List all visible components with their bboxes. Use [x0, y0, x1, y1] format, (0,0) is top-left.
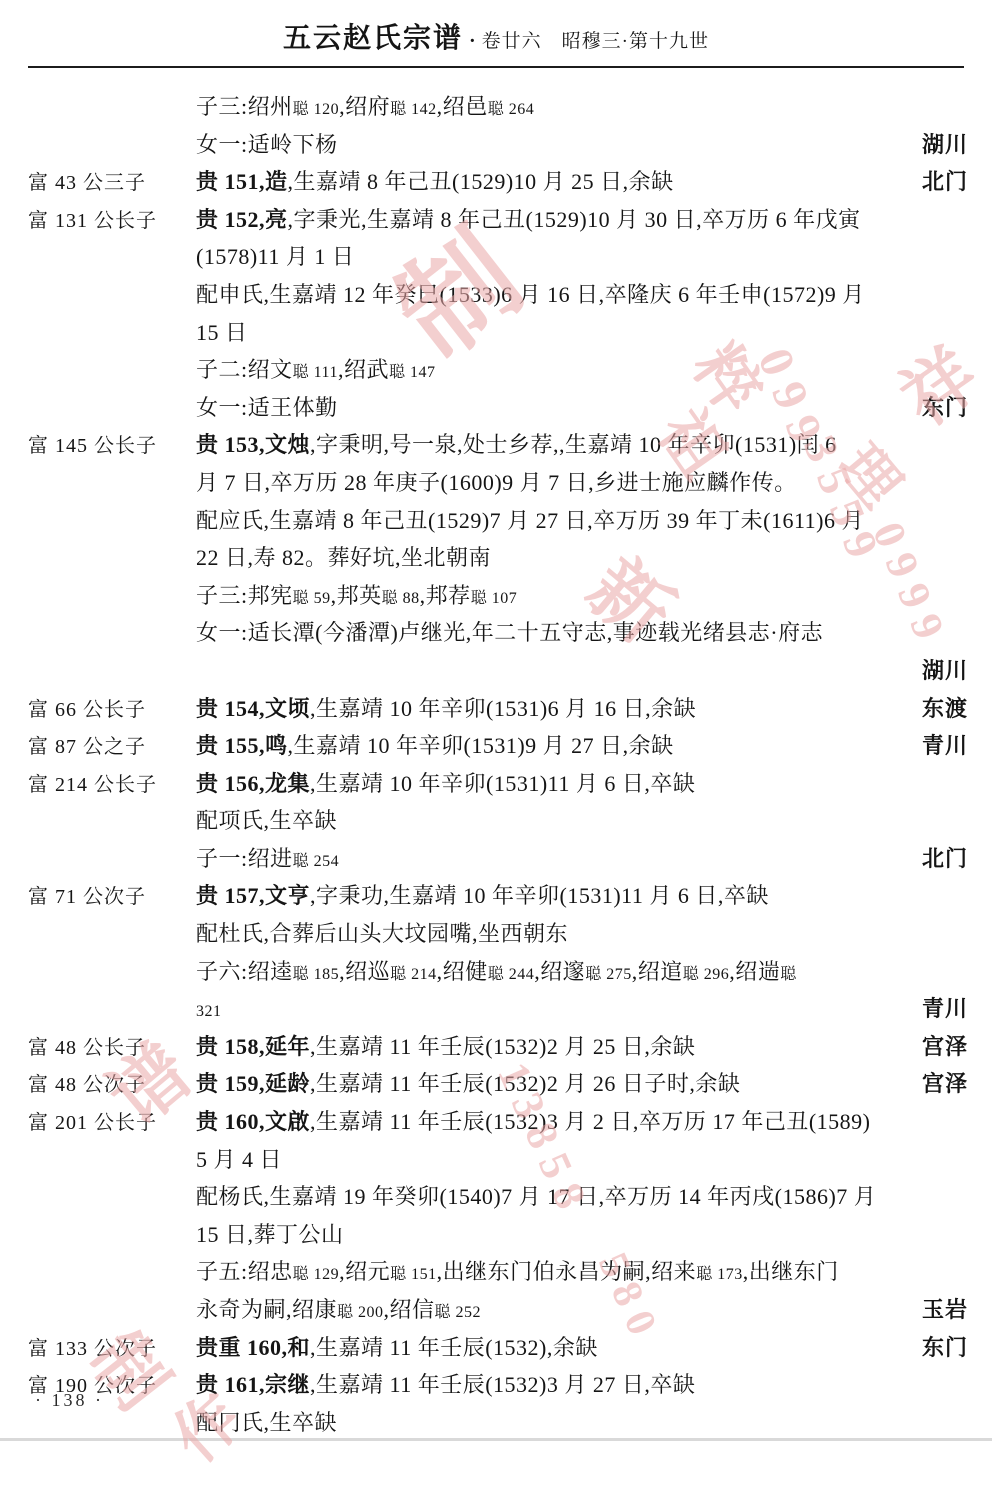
table-row: 22 日,寿 82。葬好坑,坐北朝南	[0, 539, 968, 577]
page-header: 五云赵氏宗谱·卷廿六 昭穆三·第十九世	[0, 0, 992, 56]
row-entry-text: 子六:绍逵聪 185,绍巡聪 214,绍健聪 244,绍邃聪 275,绍逭聪 2…	[196, 953, 960, 994]
table-row: 富 71 公次子贵 157,文亨,字秉功,生嘉靖 10 年辛卯(1531)11 …	[0, 877, 968, 915]
entry-segment: 配申氏,生嘉靖 12 年癸巳(1533)6 月 16 日,卒隆庆 6 年壬申(1…	[196, 282, 865, 307]
table-row: 富 43 公三子贵 151,造,生嘉靖 8 年己丑(1529)10 月 25 日…	[0, 163, 968, 201]
entry-segment: (1578)11 月 1 日	[196, 244, 354, 269]
row-entry-text: 贵 159,延龄,生嘉靖 11 年壬辰(1532)2 月 26 日子时,余缺	[196, 1065, 914, 1103]
entry-segment: 贵 161,宗继	[196, 1372, 310, 1397]
table-row: 月 7 日,卒万历 28 年庚子(1600)9 月 7 日,乡进士施应麟作传。	[0, 464, 968, 502]
entry-segment: ,邦英	[331, 583, 382, 608]
table-row: 15 日,葬丁公山	[0, 1216, 968, 1254]
entry-segment: 15 日	[196, 320, 248, 345]
row-entry-text: 女一:适长潭(今潘潭)卢继光,年二十五守志,事迹载光绪县志·府志	[196, 614, 960, 652]
page-number: · 138 ·	[35, 1390, 104, 1411]
row-branch-label: 北门	[914, 840, 968, 878]
row-entry-text: 子五:绍忠聪 129,绍元聪 151,出继东门伯永昌为嗣,绍来聪 173,出继东…	[196, 1253, 960, 1294]
entry-segment: ,绍遄	[729, 959, 780, 984]
entry-segment: ,生嘉靖 10 年辛卯(1531)9 月 27 日,余缺	[288, 733, 674, 758]
entry-segment: 配冂氏,生卒缺	[196, 1410, 337, 1435]
entry-segment: 聪 252	[435, 1304, 482, 1321]
row-entry-text: 配项氏,生卒缺	[196, 802, 960, 840]
row-generation-label: 富 71 公次子	[28, 879, 196, 917]
entry-segment: 聪 185	[293, 966, 340, 983]
entry-segment: 子三:邦宪	[196, 583, 293, 608]
table-row: 富 48 公次子贵 159,延龄,生嘉靖 11 年壬辰(1532)2 月 26 …	[0, 1065, 968, 1103]
entry-segment: 321	[196, 1003, 222, 1020]
row-entry-text: 配冂氏,生卒缺	[196, 1404, 960, 1442]
entry-segment: 贵 160,文啟	[196, 1109, 310, 1134]
table-row: 配冂氏,生卒缺	[0, 1404, 968, 1442]
table-row: (1578)11 月 1 日	[0, 238, 968, 276]
row-generation-label: 富 214 公长子	[28, 767, 196, 805]
row-entry-text: 配申氏,生嘉靖 12 年癸巳(1533)6 月 16 日,卒隆庆 6 年壬申(1…	[196, 276, 960, 314]
table-row: 女一:适岭下杨湖川	[0, 126, 968, 164]
entry-segment: 子五:绍忠	[196, 1259, 293, 1284]
entry-segment: 贵 157,文亨	[196, 883, 310, 908]
row-entry-text: 子一:绍进聪 254	[196, 840, 914, 881]
table-row: 15 日	[0, 314, 968, 352]
row-entry-text: 贵重 160,和,生嘉靖 11 年壬辰(1532),余缺	[196, 1329, 914, 1367]
row-entry-text: 321	[196, 990, 914, 1031]
entry-segment: 聪 214	[390, 966, 437, 983]
table-row: 女一:适长潭(今潘潭)卢继光,年二十五守志,事迹载光绪县志·府志	[0, 614, 968, 652]
row-branch-label: 宫泽	[914, 1065, 968, 1103]
row-branch-label: 北门	[914, 163, 968, 201]
entry-segment: 子一:绍进	[196, 846, 293, 871]
entry-segment: ,绍元	[339, 1259, 390, 1284]
entry-segment: 聪 264	[488, 101, 535, 118]
entry-segment: 22 日,寿 82。葬好坑,坐北朝南	[196, 545, 491, 570]
entry-segment: 聪 254	[293, 853, 340, 870]
row-generation-label: 富 201 公长子	[28, 1105, 196, 1143]
entry-segment: ,绍逭	[632, 959, 683, 984]
entry-segment: 聪 147	[389, 364, 436, 381]
row-entry-text: 贵 156,龙集,生嘉靖 10 年辛卯(1531)11 月 6 日,卒缺	[196, 765, 960, 803]
entry-segment: 贵重 160,和	[196, 1335, 310, 1360]
entry-segment: ,绍巡	[339, 959, 390, 984]
row-branch-label: 青川	[914, 727, 968, 765]
entry-segment: ,出继东门	[743, 1259, 839, 1284]
entry-segment: ,生嘉靖 11 年壬辰(1532)2 月 26 日子时,余缺	[310, 1071, 740, 1096]
table-row: 富 201 公长子贵 160,文啟,生嘉靖 11 年壬辰(1532)3 月 2 …	[0, 1103, 968, 1141]
table-row: 富 190 公次子贵 161,宗继,生嘉靖 11 年壬辰(1532)3 月 27…	[0, 1366, 968, 1404]
entry-segment: ,绍邃	[534, 959, 585, 984]
table-row: 321青川	[0, 990, 968, 1028]
row-entry-text: 贵 152,亮,字秉光,生嘉靖 8 年己丑(1529)10 月 30 日,卒万历…	[196, 201, 960, 239]
table-row: 富 214 公长子贵 156,龙集,生嘉靖 10 年辛卯(1531)11 月 6…	[0, 765, 968, 803]
row-entry-text: 15 日,葬丁公山	[196, 1216, 960, 1254]
entry-segment: 聪 173	[696, 1266, 743, 1283]
table-row: 子三:邦宪聪 59,邦英聪 88,邦荐聪 107	[0, 577, 968, 615]
row-entry-text: 子二:绍文聪 111,绍武聪 147	[196, 351, 960, 392]
table-row: 子五:绍忠聪 129,绍元聪 151,出继东门伯永昌为嗣,绍来聪 173,出继东…	[0, 1253, 968, 1291]
row-generation-label: 富 48 公长子	[28, 1030, 196, 1068]
row-entry-text: 子三:邦宪聪 59,邦英聪 88,邦荐聪 107	[196, 577, 960, 618]
entry-segment: ,字秉光,生嘉靖 8 年己丑(1529)10 月 30 日,卒万历 6 年戊寅	[288, 207, 861, 232]
row-entry-text: 贵 155,鸣,生嘉靖 10 年辛卯(1531)9 月 27 日,余缺	[196, 727, 914, 765]
table-row: 子三:绍州聪 120,绍府聪 142,绍邑聪 264	[0, 88, 968, 126]
row-entry-text: 贵 160,文啟,生嘉靖 11 年壬辰(1532)3 月 2 日,卒万历 17 …	[196, 1103, 960, 1141]
row-entry-text: 贵 151,造,生嘉靖 8 年己丑(1529)10 月 25 日,余缺	[196, 163, 914, 201]
row-entry-text: 5 月 4 日	[196, 1141, 960, 1179]
entry-segment: 聪	[780, 966, 797, 983]
entry-segment: 女一:适长潭(今潘潭)卢继光,年二十五守志,事迹载光绪县志·府志	[196, 620, 823, 645]
entry-segment: ,生嘉靖 11 年壬辰(1532)3 月 27 日,卒缺	[310, 1372, 695, 1397]
row-entry-text: 贵 157,文亨,字秉功,生嘉靖 10 年辛卯(1531)11 月 6 日,卒缺	[196, 877, 960, 915]
book-title: 五云赵氏宗谱	[283, 23, 463, 54]
entry-segment: ,字秉功,生嘉靖 10 年辛卯(1531)11 月 6 日,卒缺	[310, 883, 769, 908]
entry-segment: 贵 154,文顷	[196, 696, 310, 721]
row-branch-label: 东门	[914, 1329, 968, 1367]
table-row: 富 145 公长子贵 153,文烛,字秉明,号一泉,处士乡荐,,生嘉靖 10 年…	[0, 426, 968, 464]
entry-segment: 贵 151,造	[196, 169, 288, 194]
table-row: 配项氏,生卒缺	[0, 802, 968, 840]
entry-segment: 贵 152,亮	[196, 207, 288, 232]
row-entry-text: 子三:绍州聪 120,绍府聪 142,绍邑聪 264	[196, 88, 960, 129]
table-row: 富 66 公长子贵 154,文顷,生嘉靖 10 年辛卯(1531)6 月 16 …	[0, 690, 968, 728]
row-branch-label: 宫泽	[914, 1028, 968, 1066]
entry-segment: 子二:绍文	[196, 357, 293, 382]
row-entry-text: 女一:适岭下杨	[196, 126, 914, 164]
row-entry-text: 15 日	[196, 314, 960, 352]
table-row: 富 48 公长子贵 158,延年,生嘉靖 11 年壬辰(1532)2 月 25 …	[0, 1028, 968, 1066]
entry-segment: ,绍邑	[437, 94, 488, 119]
table-row: 子六:绍逵聪 185,绍巡聪 214,绍健聪 244,绍邃聪 275,绍逭聪 2…	[0, 953, 968, 991]
header-rule	[28, 66, 964, 68]
entry-segment: 贵 153,文烛	[196, 432, 310, 457]
entry-segment: 子六:绍逵	[196, 959, 293, 984]
entry-segment: ,生嘉靖 10 年辛卯(1531)6 月 16 日,余缺	[310, 696, 696, 721]
title-separator: ·	[463, 30, 482, 52]
volume-subtitle: 卷廿六 昭穆三·第十九世	[482, 31, 709, 52]
entry-segment: 子三:绍州	[196, 94, 293, 119]
row-branch-label: 湖川	[914, 126, 968, 164]
table-row: 子二:绍文聪 111,绍武聪 147	[0, 351, 968, 389]
entry-segment: ,绍府	[339, 94, 390, 119]
row-branch-label: 玉岩	[914, 1291, 968, 1329]
entry-segment: ,字秉明,号一泉,处士乡荐,,生嘉靖 10 年辛卯(1531)闰 6	[310, 432, 837, 457]
scan-bottom-edge	[0, 1438, 992, 1441]
entry-segment: ,邦荐	[420, 583, 471, 608]
entry-segment: 聪 129	[293, 1266, 340, 1283]
row-entry-text: (1578)11 月 1 日	[196, 238, 960, 276]
row-generation-label: 富 66 公长子	[28, 692, 196, 730]
table-row: 富 131 公长子贵 152,亮,字秉光,生嘉靖 8 年己丑(1529)10 月…	[0, 201, 968, 239]
row-generation-label: 富 131 公长子	[28, 203, 196, 241]
entry-segment: 贵 159,延龄	[196, 1071, 310, 1096]
table-row: 配杜氏,合葬后山头大坟园嘴,坐西朝东	[0, 915, 968, 953]
row-branch-label: 东渡	[914, 690, 968, 728]
entry-segment: 聪 107	[471, 590, 518, 607]
entry-segment: 聪 200	[337, 1304, 384, 1321]
entry-segment: 5 月 4 日	[196, 1147, 282, 1172]
row-entry-text: 贵 154,文顷,生嘉靖 10 年辛卯(1531)6 月 16 日,余缺	[196, 690, 914, 728]
row-entry-text: 月 7 日,卒万历 28 年庚子(1600)9 月 7 日,乡进士施应麟作传。	[196, 464, 960, 502]
entry-segment: 女一:适岭下杨	[196, 132, 338, 157]
entry-segment: 聪 142	[390, 101, 437, 118]
table-row: 子一:绍进聪 254北门	[0, 840, 968, 878]
row-entry-text: 贵 161,宗继,生嘉靖 11 年壬辰(1532)3 月 27 日,卒缺	[196, 1366, 960, 1404]
entry-segment: 聪 120	[293, 101, 340, 118]
entry-segment: 贵 156,龙集	[196, 771, 310, 796]
entry-segment: 贵 155,鸣	[196, 733, 288, 758]
row-branch-label: 青川	[914, 990, 968, 1028]
entry-segment: ,绍健	[437, 959, 488, 984]
row-branch-label: 湖川	[914, 652, 968, 690]
entry-segment: 聪 275	[585, 966, 632, 983]
row-branch-label: 东门	[914, 389, 968, 427]
row-entry-text: 女一:适王体勤	[196, 389, 914, 427]
entry-segment: ,生嘉靖 8 年己丑(1529)10 月 25 日,余缺	[288, 169, 674, 194]
entry-segment: 聪 244	[488, 966, 535, 983]
entry-segment: 配杜氏,合葬后山头大坟园嘴,坐西朝东	[196, 921, 568, 946]
table-row: 富 133 公次子贵重 160,和,生嘉靖 11 年壬辰(1532),余缺东门	[0, 1329, 968, 1367]
row-entry-text: 贵 158,延年,生嘉靖 11 年壬辰(1532)2 月 25 日,余缺	[196, 1028, 914, 1066]
table-row: 女一:适王体勤东门	[0, 389, 968, 427]
entry-segment: 聪 151	[390, 1266, 437, 1283]
row-entry-text: 22 日,寿 82。葬好坑,坐北朝南	[196, 539, 960, 577]
entry-segment: 配项氏,生卒缺	[196, 808, 337, 833]
row-generation-label: 富 48 公次子	[28, 1067, 196, 1105]
entry-segment: 女一:适王体勤	[196, 395, 338, 420]
entry-segment: 聪 59	[293, 590, 331, 607]
entry-segment: ,绍武	[338, 357, 389, 382]
entry-segment: ,生嘉靖 11 年壬辰(1532)3 月 2 日,卒万历 17 年己丑(1589…	[310, 1109, 871, 1134]
row-generation-label: 富 145 公长子	[28, 428, 196, 466]
row-entry-text: 贵 153,文烛,字秉明,号一泉,处士乡荐,,生嘉靖 10 年辛卯(1531)闰…	[196, 426, 960, 464]
entry-segment: 聪 88	[382, 590, 420, 607]
entry-segment: 15 日,葬丁公山	[196, 1222, 344, 1247]
table-row: 富 87 公之子贵 155,鸣,生嘉靖 10 年辛卯(1531)9 月 27 日…	[0, 727, 968, 765]
row-generation-label: 富 133 公次子	[28, 1331, 196, 1369]
table-row: 湖川	[0, 652, 968, 690]
row-entry-text: 配应氏,生嘉靖 8 年己丑(1529)7 月 27 日,卒万历 39 年丁未(1…	[196, 502, 960, 540]
row-entry-text: 配杨氏,生嘉靖 19 年癸卯(1540)7 月 17 日,卒万历 14 年丙戌(…	[196, 1178, 960, 1216]
entry-segment: ,绍信	[384, 1297, 435, 1322]
entry-segment: 配杨氏,生嘉靖 19 年癸卯(1540)7 月 17 日,卒万历 14 年丙戌(…	[196, 1184, 876, 1209]
genealogy-entries: 子三:绍州聪 120,绍府聪 142,绍邑聪 264女一:适岭下杨湖川富 43 …	[0, 88, 992, 1441]
entry-segment: 月 7 日,卒万历 28 年庚子(1600)9 月 7 日,乡进士施应麟作传。	[196, 470, 797, 495]
row-entry-text: 配杜氏,合葬后山头大坟园嘴,坐西朝东	[196, 915, 960, 953]
table-row: 配申氏,生嘉靖 12 年癸巳(1533)6 月 16 日,卒隆庆 6 年壬申(1…	[0, 276, 968, 314]
entry-segment: ,生嘉靖 11 年壬辰(1532),余缺	[310, 1335, 598, 1360]
row-generation-label: 富 43 公三子	[28, 165, 196, 203]
table-row: 配应氏,生嘉靖 8 年己丑(1529)7 月 27 日,卒万历 39 年丁未(1…	[0, 502, 968, 540]
table-row: 5 月 4 日	[0, 1141, 968, 1179]
entry-segment: 贵 158,延年	[196, 1034, 310, 1059]
entry-segment: 聪 111	[293, 364, 338, 381]
entry-segment: 配应氏,生嘉靖 8 年己丑(1529)7 月 27 日,卒万历 39 年丁未(1…	[196, 508, 864, 533]
entry-segment: 聪 296	[683, 966, 730, 983]
table-row: 配杨氏,生嘉靖 19 年癸卯(1540)7 月 17 日,卒万历 14 年丙戌(…	[0, 1178, 968, 1216]
entry-segment: ,出继东门伯永昌为嗣,绍来	[437, 1259, 697, 1284]
row-generation-label: 富 87 公之子	[28, 729, 196, 767]
entry-segment: ,生嘉靖 11 年壬辰(1532)2 月 25 日,余缺	[310, 1034, 695, 1059]
page-content: 五云赵氏宗谱·卷廿六 昭穆三·第十九世 子三:绍州聪 120,绍府聪 142,绍…	[0, 0, 992, 1441]
row-entry-text: 永奇为嗣,绍康聪 200,绍信聪 252	[196, 1291, 914, 1332]
table-row: 永奇为嗣,绍康聪 200,绍信聪 252玉岩	[0, 1291, 968, 1329]
entry-segment: 永奇为嗣,绍康	[196, 1297, 337, 1322]
entry-segment: ,生嘉靖 10 年辛卯(1531)11 月 6 日,卒缺	[310, 771, 695, 796]
genealogy-page: 制粹祖祥理新0 9 93 5 5 90 9 9 9谱1 3 8 5 8制作5 8…	[0, 0, 992, 1512]
